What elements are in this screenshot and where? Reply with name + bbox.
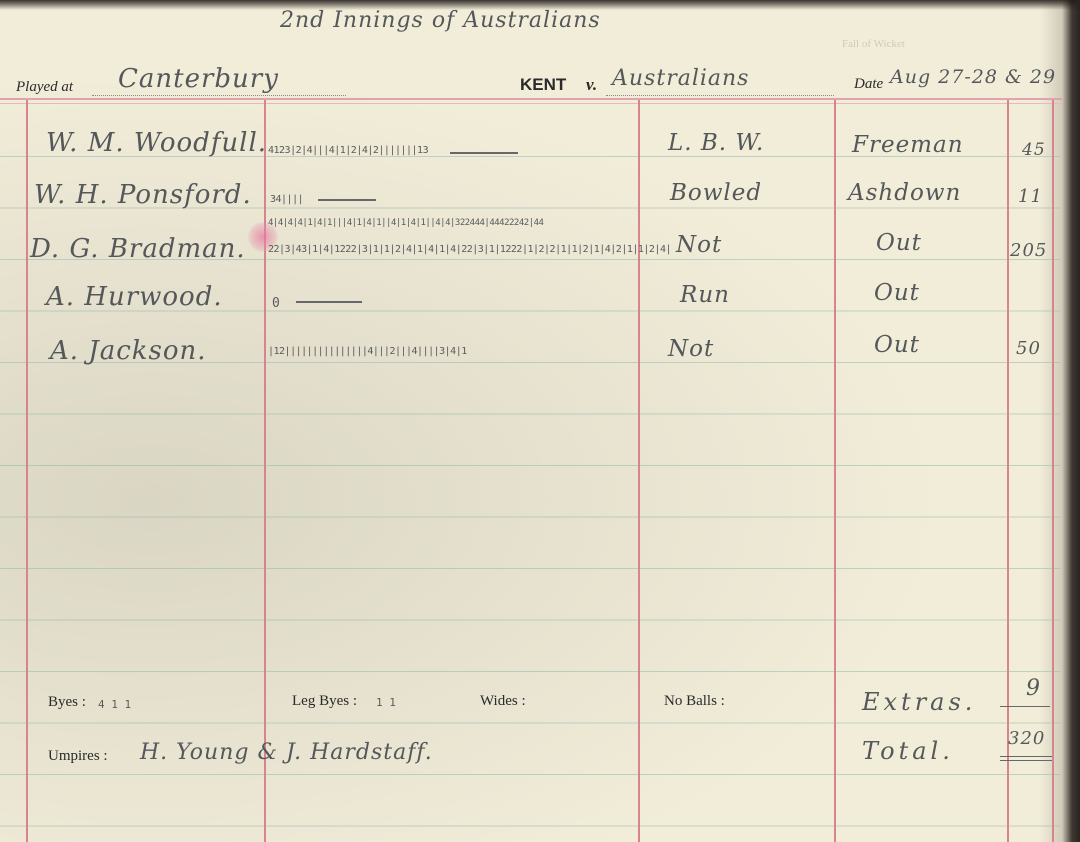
- bowler: Ashdown: [848, 180, 961, 206]
- played-at-dotted-line: [92, 95, 346, 96]
- runs-tally: 0: [272, 296, 279, 311]
- extras-value: 9: [1026, 676, 1041, 701]
- how-out-column-rule: [834, 100, 836, 842]
- how-out: Bowled: [670, 180, 762, 206]
- bowler: Out: [874, 280, 920, 306]
- score: 50: [1016, 338, 1041, 359]
- runs-tally-line-2: 22|3|43|1|4|1222|3|1|1|2|4|1|4|1|4|22|3|…: [268, 244, 671, 255]
- batsman-name: W. H. Ponsford.: [34, 180, 252, 210]
- extras-underline: [1000, 706, 1050, 707]
- bowler: Freeman: [852, 132, 964, 158]
- score: 45: [1022, 140, 1046, 160]
- innings-title: 2nd Innings of Australians: [280, 8, 601, 33]
- runs-tally-line-1: 4|4|4|4|1|4|1|||4|1|4|1||4|1|4|1||4|4|32…: [268, 218, 543, 228]
- wides-label: Wides :: [480, 693, 526, 710]
- umpires-value: H. Young & J. Hardstaff.: [140, 740, 433, 765]
- bowler: Out: [876, 230, 922, 256]
- batsman-name: W. M. Woodfull.: [46, 128, 267, 158]
- extras-label: Extras.: [862, 688, 976, 716]
- how-out: Not: [676, 232, 722, 258]
- innings-end-dash: [296, 301, 362, 303]
- opponent-dotted-line: [606, 95, 834, 96]
- total-label: Total.: [862, 737, 954, 765]
- played-at-value: Canterbury: [118, 64, 279, 94]
- batsman-name: A. Jackson.: [50, 336, 207, 366]
- date-label: Date: [854, 76, 883, 93]
- batsman-name: A. Hurwood.: [46, 282, 223, 312]
- batsman-column-rule: [264, 100, 266, 842]
- header-rule-secondary: [0, 103, 1062, 104]
- total-double-underline-1: [1000, 756, 1052, 757]
- scorebook-page: Fall of Wicket 2nd Innings of Australian…: [0, 0, 1080, 842]
- leg-byes-value: 1 1: [376, 696, 396, 709]
- match-versus: v.: [586, 75, 597, 95]
- byes-label: Byes :: [48, 694, 86, 711]
- leg-byes-label: Leg Byes :: [292, 693, 357, 710]
- byes-value: 4 1 1: [98, 698, 131, 711]
- innings-end-dash: [450, 152, 518, 154]
- runs-tally: 34||||: [270, 194, 303, 205]
- played-at-label: Played at: [16, 79, 73, 96]
- runs-tally: 4123|2|4|||4|1|2|4|2|||||||13: [268, 145, 428, 156]
- opponent-value: Australians: [612, 66, 749, 91]
- score: 205: [1010, 240, 1047, 261]
- how-out: L. B. W.: [668, 130, 764, 156]
- ruled-lines: [0, 120, 1060, 842]
- ghost-heading: Fall of Wicket: [842, 38, 905, 50]
- umpires-label: Umpires :: [48, 748, 108, 765]
- batsman-name: D. G. Bradman.: [30, 234, 246, 264]
- how-out: Run: [680, 282, 730, 308]
- score-column-rule: [1052, 100, 1054, 842]
- total-value: 320: [1008, 728, 1045, 749]
- date-value: Aug 27-28 & 29: [890, 66, 1056, 88]
- score: 11: [1018, 186, 1043, 207]
- bowler: Out: [874, 332, 920, 358]
- innings-end-dash: [318, 199, 376, 201]
- runs-column-rule: [638, 100, 640, 842]
- how-out: Not: [668, 336, 714, 362]
- no-balls-label: No Balls :: [664, 693, 725, 710]
- header-rule: [0, 98, 1062, 100]
- match-team: KENT: [520, 75, 566, 95]
- margin-rule: [26, 100, 28, 842]
- runs-tally: |12|||||||||||||||4|||2|||4||||3|4|1: [268, 346, 467, 357]
- total-double-underline-2: [1000, 760, 1052, 761]
